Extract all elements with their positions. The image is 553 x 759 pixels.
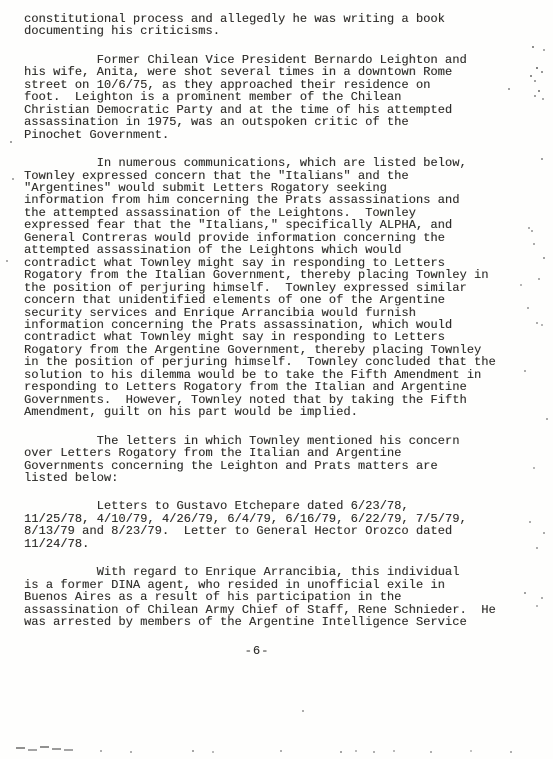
page-number: -6- — [24, 644, 490, 658]
document-page: constitutional process and allegedly he … — [0, 0, 553, 759]
paragraph-letters-dates: Letters to Gustavo Etchepare dated 6/23/… — [24, 500, 524, 550]
document-body: constitutional process and allegedly he … — [24, 13, 524, 658]
paragraph-arrancibia: With regard to Enrique Arrancibia, this … — [24, 566, 524, 628]
paragraph-townley-concerns: In numerous communications, which are li… — [24, 157, 524, 419]
paragraph-criticisms: constitutional process and allegedly he … — [24, 13, 524, 38]
paragraph-letters-intro: The letters in which Townley mentioned h… — [24, 435, 524, 485]
paragraph-leighton-shooting: Former Chilean Vice President Bernardo L… — [24, 54, 524, 141]
scan-smudge-line-artifact — [0, 0, 9, 2]
